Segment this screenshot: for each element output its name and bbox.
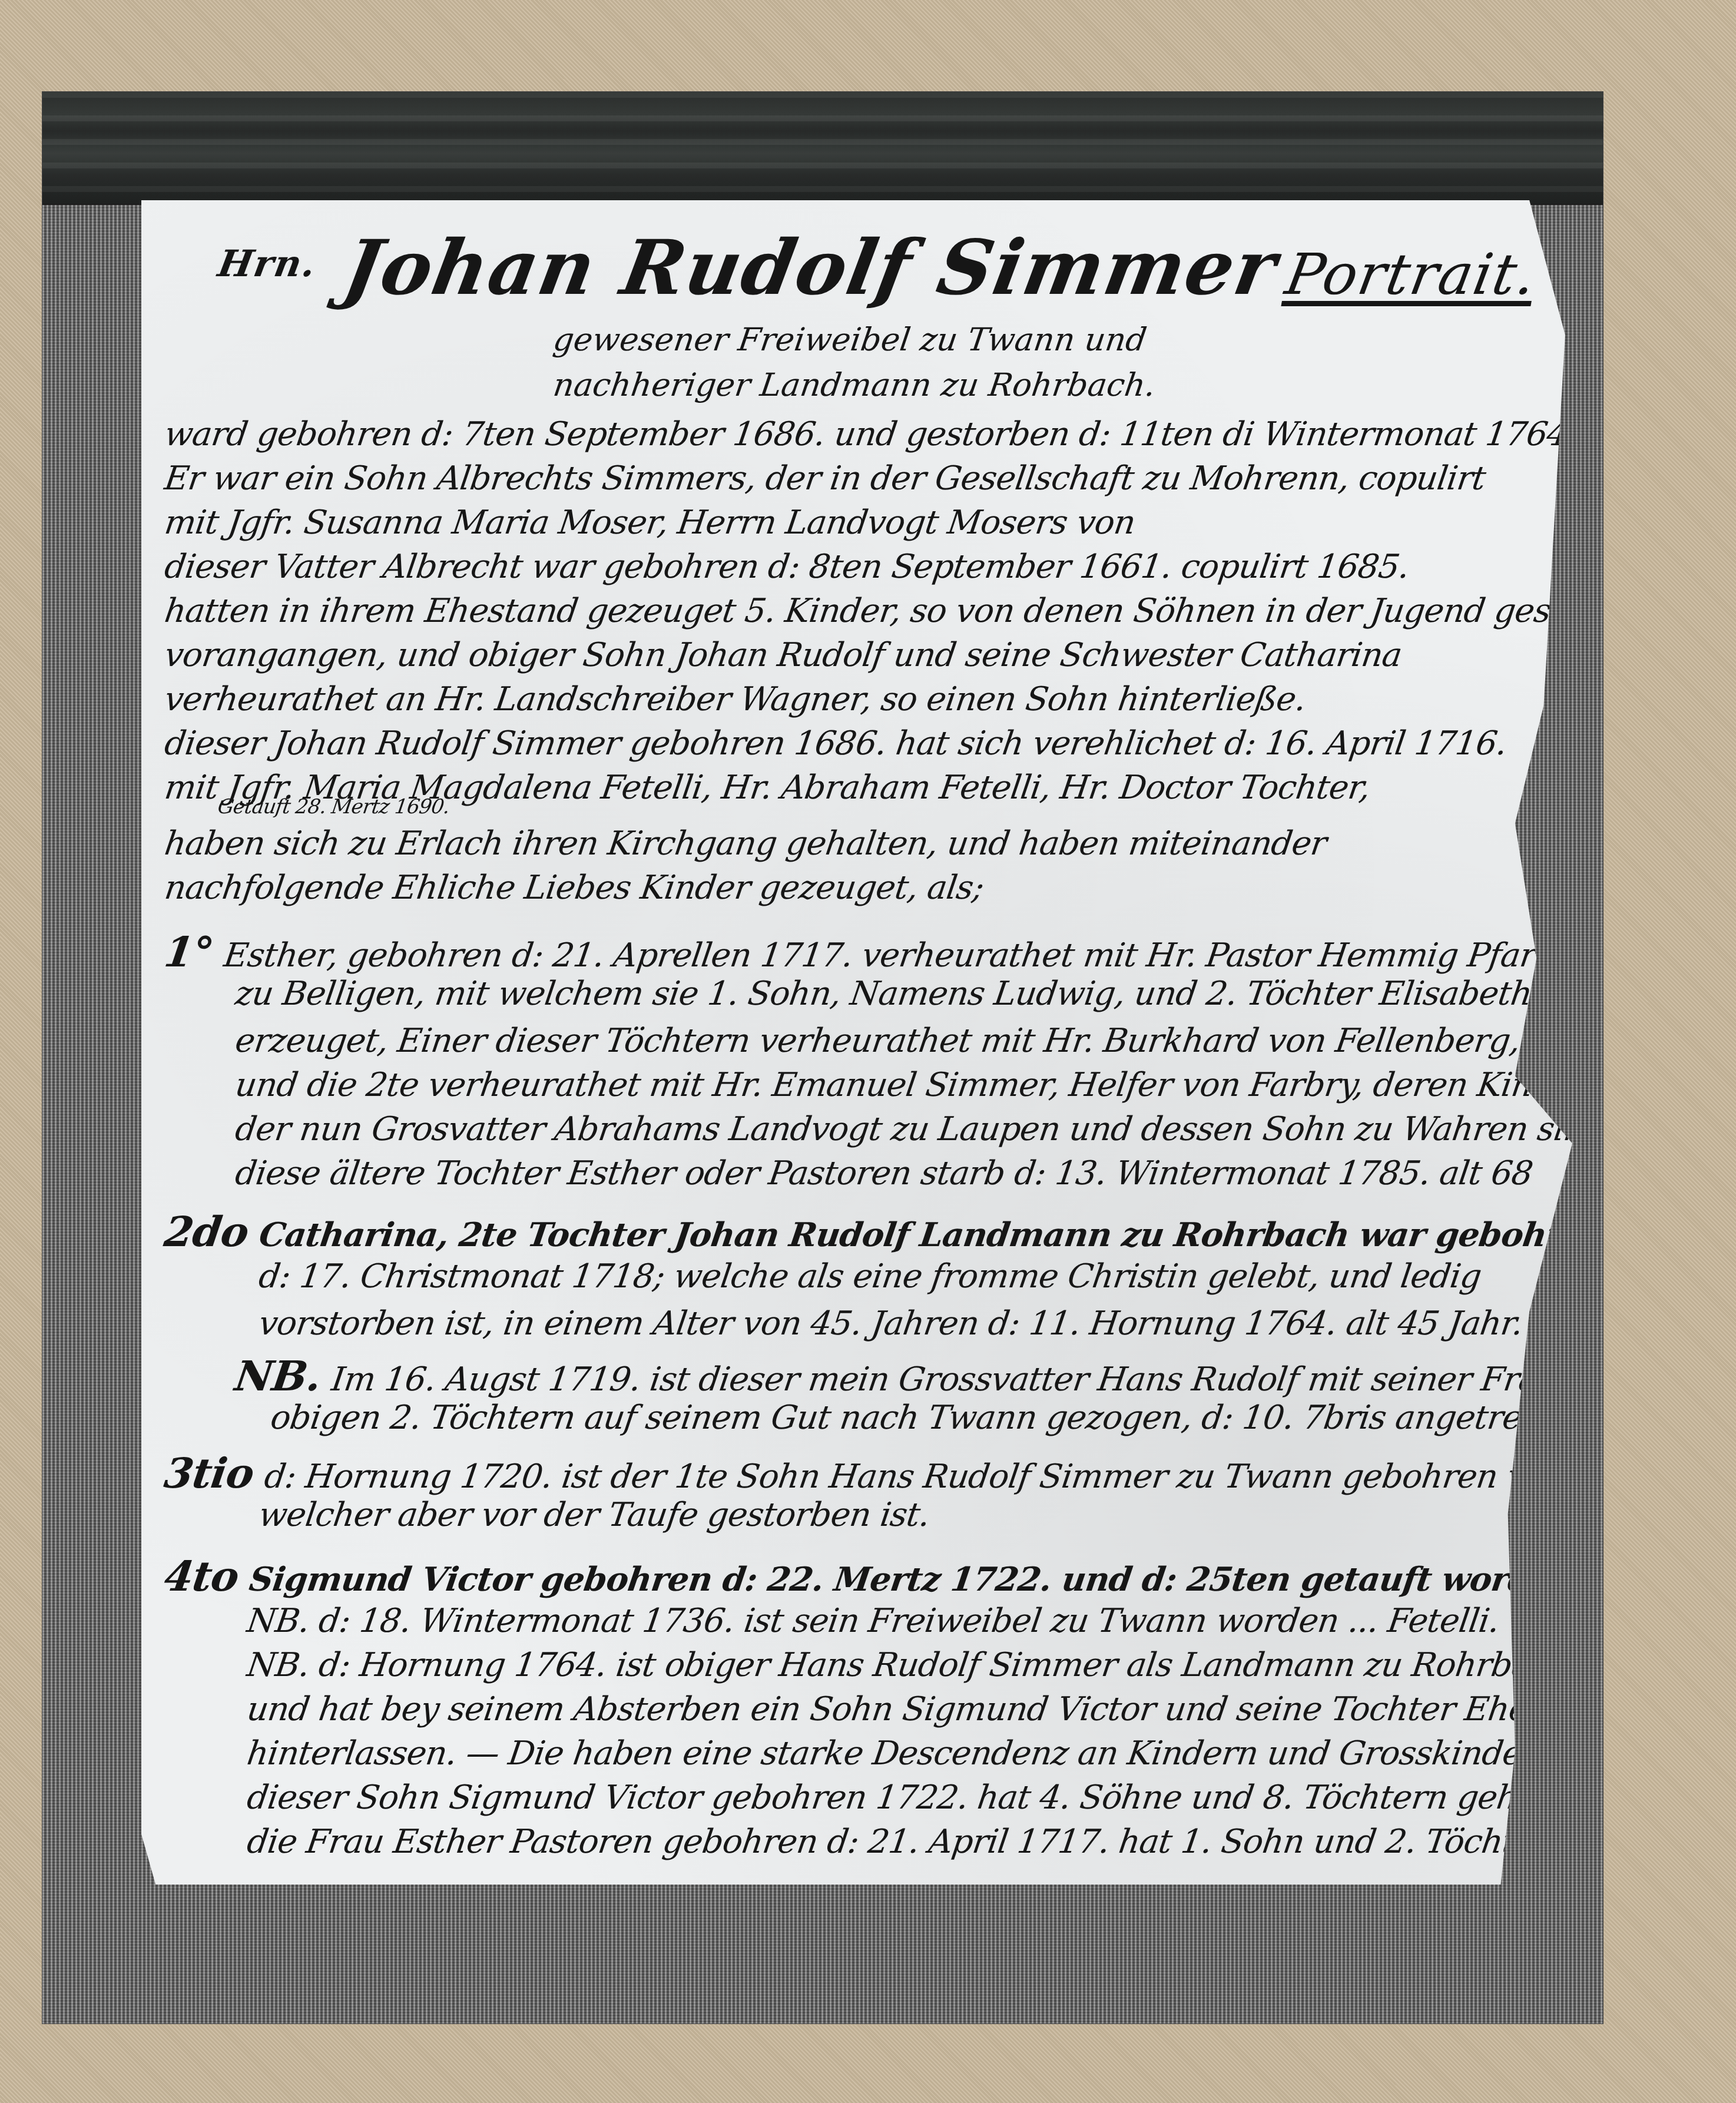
- entry-1-line: erzeuget, Einer dieser Töchtern verheura…: [233, 1022, 1582, 1060]
- body-line: mit Jgfr. Susanna Maria Moser, Herrn Lan…: [162, 504, 1137, 542]
- body-line: ward gebohren d: 7ten September 1686. un…: [162, 415, 1580, 453]
- title-name: Johan Rudolf Simmer: [337, 224, 1284, 312]
- entry-4-line: hinterlassen. — Die haben eine starke De…: [244, 1734, 1629, 1773]
- manuscript-page: Hrn.Johan Rudolf SimmerPortrait. gewesen…: [141, 200, 1572, 1885]
- entry-number: 3tio: [161, 1449, 257, 1498]
- entry-2-line: d: 17. Christmonat 1718; welche als eine…: [256, 1257, 1483, 1296]
- top-binding-strip: [42, 92, 1603, 205]
- body-line: verheurathet an Hr. Landschreiber Wagner…: [162, 680, 1308, 718]
- title-annotation: Portrait.: [1281, 241, 1542, 307]
- entry-1-line: zu Belligen, mit welchem sie 1. Sohn, Na…: [233, 975, 1736, 1013]
- entry-number: NB.: [232, 1352, 324, 1400]
- interlinear-annotation: Getauft 28. Mertz 1690.: [216, 795, 451, 819]
- title-honorific: Hrn.: [215, 242, 320, 285]
- entry-number: 2do: [161, 1207, 251, 1256]
- body-line: haben sich zu Erlach ihren Kirchgang geh…: [162, 824, 1328, 863]
- entry-4-line: dieser Sohn Sigmund Victor gebohren 1722…: [244, 1779, 1572, 1817]
- entry-1-line: diese ältere Tochter Esther oder Pastore…: [233, 1154, 1535, 1193]
- entry-1-line: und die 2te verheurathet mit Hr. Emanuel…: [233, 1066, 1589, 1104]
- entry-3-line: welcher aber vor der Taufe gestorben ist…: [256, 1496, 932, 1534]
- nb-note-line: obigen 2. Töchtern auf seinem Gut nach T…: [268, 1399, 1599, 1437]
- entry-3-line: 3tiod: Hornung 1720. ist der 1te Sohn Ha…: [161, 1449, 1633, 1498]
- nb-note-line: NB.Im 16. Augst 1719. ist dieser mein Gr…: [232, 1352, 1634, 1400]
- entry-4-line: 4toSigmund Victor gebohren d: 22. Mertz …: [161, 1552, 1589, 1601]
- subtitle-line: nachheriger Landmann zu Rohrbach.: [551, 366, 1158, 403]
- body-line: vorangangen, und obiger Sohn Johan Rudol…: [162, 636, 1404, 674]
- subtitle-line: gewesener Freiweibel zu Twann und: [551, 321, 1149, 358]
- entry-1-line: 1°Esther, gebohren d: 21. Aprellen 1717.…: [161, 928, 1588, 976]
- body-line: dieser Johan Rudolf Simmer gebohren 1686…: [162, 724, 1509, 763]
- entry-1-line: der nun Grosvatter Abrahams Landvogt zu …: [233, 1110, 1618, 1148]
- entry-number: 4to: [161, 1552, 241, 1601]
- body-line: hatten in ihrem Ehestand gezeuget 5. Kin…: [162, 592, 1660, 630]
- handwritten-text: Hrn.Johan Rudolf SimmerPortrait. gewesen…: [141, 200, 1572, 1885]
- entry-2-line: 2doCatharina, 2te Tochter Johan Rudolf L…: [161, 1207, 1611, 1256]
- page-title: Hrn.Johan Rudolf SimmerPortrait.: [210, 224, 1545, 312]
- body-line: Er war ein Sohn Albrechts Simmers, der i…: [162, 459, 1487, 498]
- body-line: dieser Vatter Albrecht war gebohren d: 8…: [162, 548, 1412, 586]
- entry-4-line: und hat bey seinem Absterben ein Sohn Si…: [244, 1690, 1636, 1728]
- entry-number: 1°: [161, 928, 216, 976]
- entry-4-line: NB. d: 18. Wintermonat 1736. ist sein Fr…: [244, 1602, 1501, 1640]
- body-line: nachfolgende Ehliche Liebes Kinder gezeu…: [162, 869, 986, 907]
- entry-2-line: vorstorben ist, in einem Alter von 45. J…: [256, 1304, 1525, 1343]
